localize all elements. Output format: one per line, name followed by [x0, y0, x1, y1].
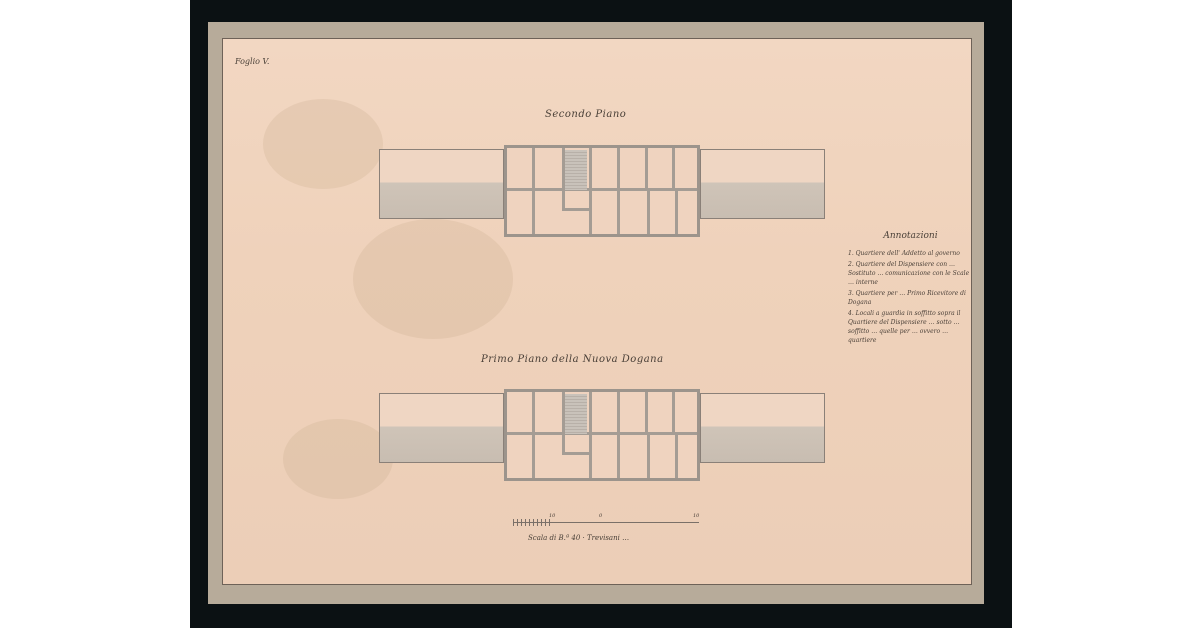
staircase [565, 394, 587, 434]
drawing-paper: Foglio V. Secondo Piano Primo Piano dell… [222, 38, 972, 585]
annotation-item: 3. Quartiere per … Primo Ricevitore di D… [848, 289, 973, 307]
second-floor-title: Secondo Piano [545, 109, 626, 120]
scale-tick-label: 0 [599, 513, 602, 519]
building-core [504, 145, 700, 237]
scale-tick-label: 10 [693, 513, 699, 519]
right-roof-wing [700, 393, 825, 463]
building-core [504, 389, 700, 481]
annotation-item: 1. Quartiere dell' Addetto al governo [848, 249, 973, 258]
paper-stain [263, 99, 383, 189]
scale-caption: Scala di B.ª 40 · Trevisani … [528, 534, 629, 542]
annotation-item: 2. Quartiere del Dispensiere con … Sosti… [848, 260, 973, 287]
first-floor-title: Primo Piano della Nuova Dogana [481, 354, 664, 365]
left-roof-wing [379, 149, 504, 219]
annotation-item: 4. Locali a guardia in soffitto sopra il… [848, 309, 973, 345]
paper-stain [353, 219, 513, 339]
scale-bar: 10 0 10 [513, 517, 699, 527]
left-roof-wing [379, 393, 504, 463]
staircase [565, 150, 587, 190]
annotations-title: Annotazioni [848, 231, 973, 241]
sheet-label: Foglio V. [235, 57, 269, 66]
scale-tick-label: 10 [549, 513, 555, 519]
paper-stain [283, 419, 393, 499]
right-roof-wing [700, 149, 825, 219]
annotations-block: Annotazioni 1. Quartiere dell' Addetto a… [848, 231, 973, 347]
scale-line [513, 522, 699, 523]
